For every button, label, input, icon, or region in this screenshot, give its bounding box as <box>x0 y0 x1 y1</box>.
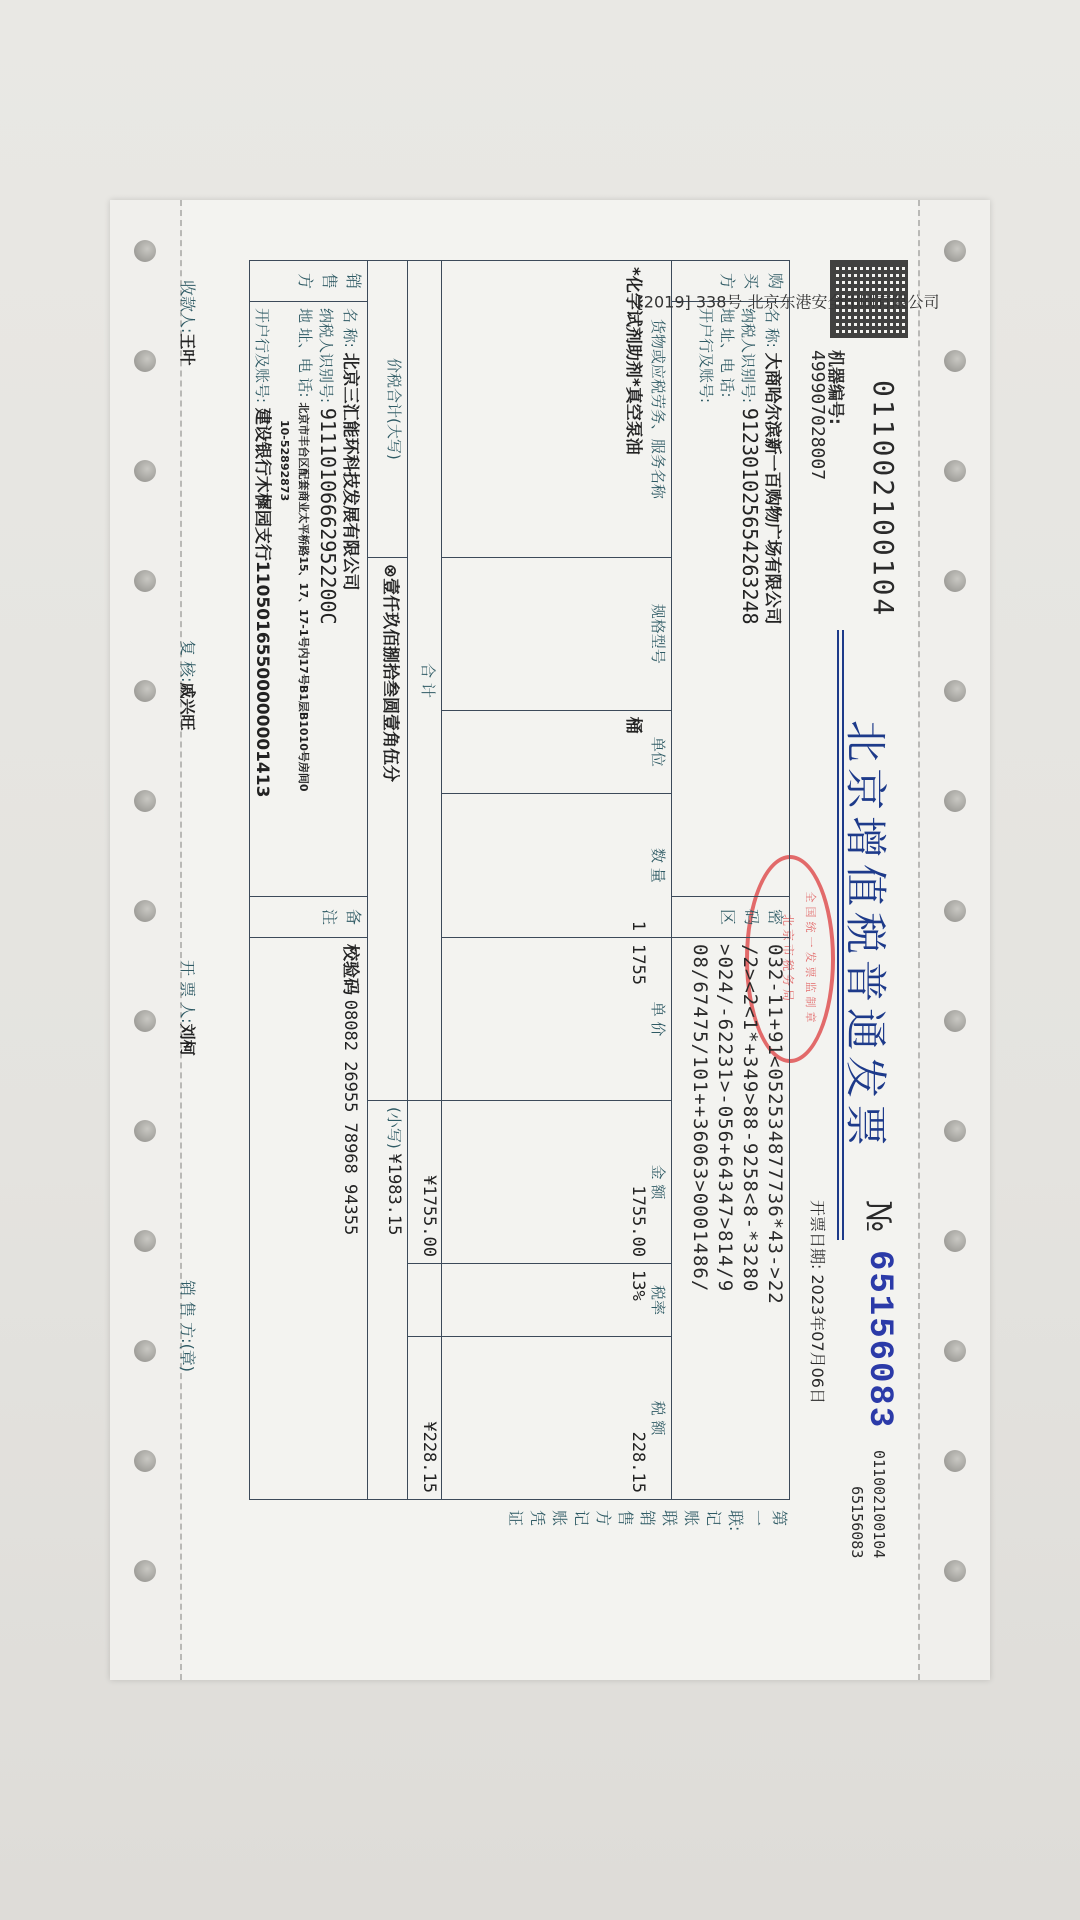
tractor-strip-bottom <box>110 200 182 1680</box>
buyer-name-label: 名 称: <box>763 308 781 348</box>
seller-address: 北京市丰台区配套商业太平桥路15、17、17-1号内17号B1层B1010号房间… <box>297 402 310 791</box>
punch-hole <box>134 680 156 702</box>
drawer: 开 票 人:刘柯 <box>177 960 200 1056</box>
header-price: 单 价 <box>648 944 669 1094</box>
copy-label: 第一联:记账联 销售方记账凭证 <box>504 1510 790 1538</box>
issue-date: 开票日期: 2023年07月06日 <box>807 1200 830 1404</box>
stamp-text: 全国统一发票监制章 <box>803 859 819 1059</box>
payee-name: 王叶 <box>178 333 197 365</box>
spec-col: 规格型号 <box>442 557 672 710</box>
punch-hole <box>944 570 966 592</box>
punch-hole <box>944 1340 966 1362</box>
buyer-name: 大商哈尔滨新一百购物广场有限公司 <box>762 353 782 625</box>
punch-hole <box>944 1010 966 1032</box>
seller-taxid-label: 纳税人识别号: <box>317 308 335 403</box>
punch-hole <box>134 1010 156 1032</box>
invoice-sheet: 011002100104 机器编号: 499907028007 北京增值税普通发… <box>110 200 990 1680</box>
seller-bank: 建设银行木樨园支行11050165500000001413 <box>252 408 272 798</box>
item-amount: 1755.00 <box>628 1107 648 1257</box>
invoice-number: 65156083 <box>860 1250 898 1429</box>
item-price: 1755 <box>628 944 648 1094</box>
grand-total-label: 价税合计(大写) <box>368 261 408 558</box>
header-qty: 数 量 <box>648 800 669 931</box>
punch-hole <box>134 240 156 262</box>
check-code: 08082 26955 78968 94355 <box>340 1000 360 1235</box>
punch-hole <box>134 1450 156 1472</box>
buyer-block: 名 称: 大商哈尔滨新一百购物广场有限公司 纳税人识别号: 9123010256… <box>672 302 790 897</box>
qty-col: 数 量 1 <box>442 793 672 937</box>
header-tax: 税 额 <box>648 1343 669 1493</box>
buyer-bank-label: 开户行及账号: <box>697 308 715 403</box>
no-symbol: № <box>858 1200 898 1232</box>
punch-hole <box>944 460 966 482</box>
total-label: 合 计 <box>408 261 442 1101</box>
buyer-taxid-label: 纳税人识别号: <box>739 308 757 403</box>
punch-hole <box>944 680 966 702</box>
item-unit: 桶 <box>623 717 648 787</box>
drawer-label: 开 票 人: <box>178 960 197 1024</box>
total-tax: ¥228.15 <box>408 1337 442 1500</box>
punch-hole <box>944 900 966 922</box>
buyer-taxid: 912301025654263248 <box>738 408 762 625</box>
punch-hole <box>944 790 966 812</box>
punch-hole <box>134 460 156 482</box>
header-spec: 规格型号 <box>648 564 669 704</box>
buyer-address-label: 地 址、电 话: <box>718 308 736 398</box>
header-amount: 金 额 <box>648 1107 669 1257</box>
item-qty: 1 <box>628 800 648 931</box>
cipher-area: 032-11+91<052534877736*43->22 /2><2<1*+3… <box>672 938 790 1500</box>
seller-seal: 销 售 方:(章) <box>177 1280 200 1372</box>
cipher-line: 08/67475/101++36063>0001486/ <box>687 944 712 1493</box>
punch-hole <box>944 350 966 372</box>
remarks-block: 校验码 08082 26955 78968 94355 <box>250 938 368 1500</box>
item-tax: 228.15 <box>628 1343 648 1493</box>
cipher-line: 032-11+91<052534877736*43->22 <box>762 944 787 1493</box>
date-label: 开票日期: <box>808 1200 827 1269</box>
machine-no-label: 机器编号: <box>825 350 850 425</box>
cipher-side-label: 密码区 <box>672 897 790 938</box>
tractor-strip-top <box>918 200 990 1680</box>
seller-phone: 10-52892873 <box>278 420 291 501</box>
right-invoice-no: 65156083 <box>846 1450 868 1558</box>
price-col: 单 价 1755 <box>442 938 672 1101</box>
total-rate-blank <box>408 1264 442 1337</box>
punch-hole <box>134 570 156 592</box>
punch-hole <box>134 1230 156 1252</box>
right-invoice-code: 011002100104 <box>868 1450 890 1558</box>
punch-hole <box>134 1120 156 1142</box>
invoice-table: 购买方 名 称: 大商哈尔滨新一百购物广场有限公司 纳税人识别号: 912301… <box>249 260 790 1500</box>
seller-block: 名 称: 北京三汇能环科技发展有限公司 纳税人识别号: 911101066629… <box>250 302 368 897</box>
right-codes: 011002100104 65156083 <box>846 1450 890 1558</box>
punch-hole <box>944 1450 966 1472</box>
machine-no: 499907028007 <box>807 350 828 480</box>
reviewer-label: 复 核: <box>178 640 197 682</box>
title-underline <box>842 630 844 1240</box>
reviewer-name: 戚兴旺 <box>178 682 197 730</box>
seller-taxid: 91110106662952200C <box>316 408 340 625</box>
grand-total-small: (小写) ¥1983.15 <box>368 1101 408 1500</box>
punch-hole <box>134 790 156 812</box>
printer-note: [2019] 338号 北京东港安全印刷有限公司 <box>638 289 940 312</box>
cipher-line: /2><2<1*+349>88-9258<8-*3280 <box>737 944 762 1493</box>
tax-col: 税 额 228.15 <box>442 1337 672 1500</box>
punch-hole <box>134 1340 156 1362</box>
date-value: 2023年07月06日 <box>808 1275 827 1404</box>
header-unit: 单位 <box>648 717 669 787</box>
item-rate: 13% <box>628 1270 648 1330</box>
grand-total-words: ⊗壹仟玖佰捌拾叁圆壹角伍分 <box>368 557 408 1100</box>
payee: 收款人:王叶 <box>177 280 200 365</box>
punch-hole <box>944 1230 966 1252</box>
amount-col: 金 额 1755.00 <box>442 1101 672 1264</box>
remarks-side-label: 备注 <box>250 897 368 938</box>
header-rate: 税率 <box>648 1270 669 1330</box>
punch-hole <box>944 1560 966 1582</box>
cipher-line: >024/-62231>-056+64347>814/9 <box>712 944 737 1493</box>
seller-name-label: 名 称: <box>341 308 359 348</box>
invoice-title: 北京增值税普通发票 <box>838 720 898 1152</box>
title-underline <box>837 630 839 1240</box>
total-amount: ¥1755.00 <box>408 1101 442 1264</box>
seller-name: 北京三汇能环科技发展有限公司 <box>340 353 360 591</box>
payee-label: 收款人: <box>178 280 197 333</box>
small-label: (小写) <box>385 1107 403 1149</box>
invoice-code: 011002100104 <box>867 380 900 618</box>
reviewer: 复 核:戚兴旺 <box>177 640 200 731</box>
check-code-label: 校验码 <box>340 944 360 995</box>
punch-hole <box>134 350 156 372</box>
punch-hole <box>944 1120 966 1142</box>
grand-total-value: ¥1983.15 <box>384 1154 404 1236</box>
punch-hole <box>944 240 966 262</box>
rate-col: 税率 13% <box>442 1264 672 1337</box>
drawer-name: 刘柯 <box>178 1024 197 1056</box>
punch-hole <box>134 1560 156 1582</box>
unit-col: 单位 桶 <box>442 710 672 793</box>
seller-address-label: 地 址、电 话: <box>296 308 314 398</box>
punch-hole <box>134 900 156 922</box>
seller-bank-label: 开户行及账号: <box>253 308 271 403</box>
seller-side-label: 销售方 <box>250 261 368 302</box>
